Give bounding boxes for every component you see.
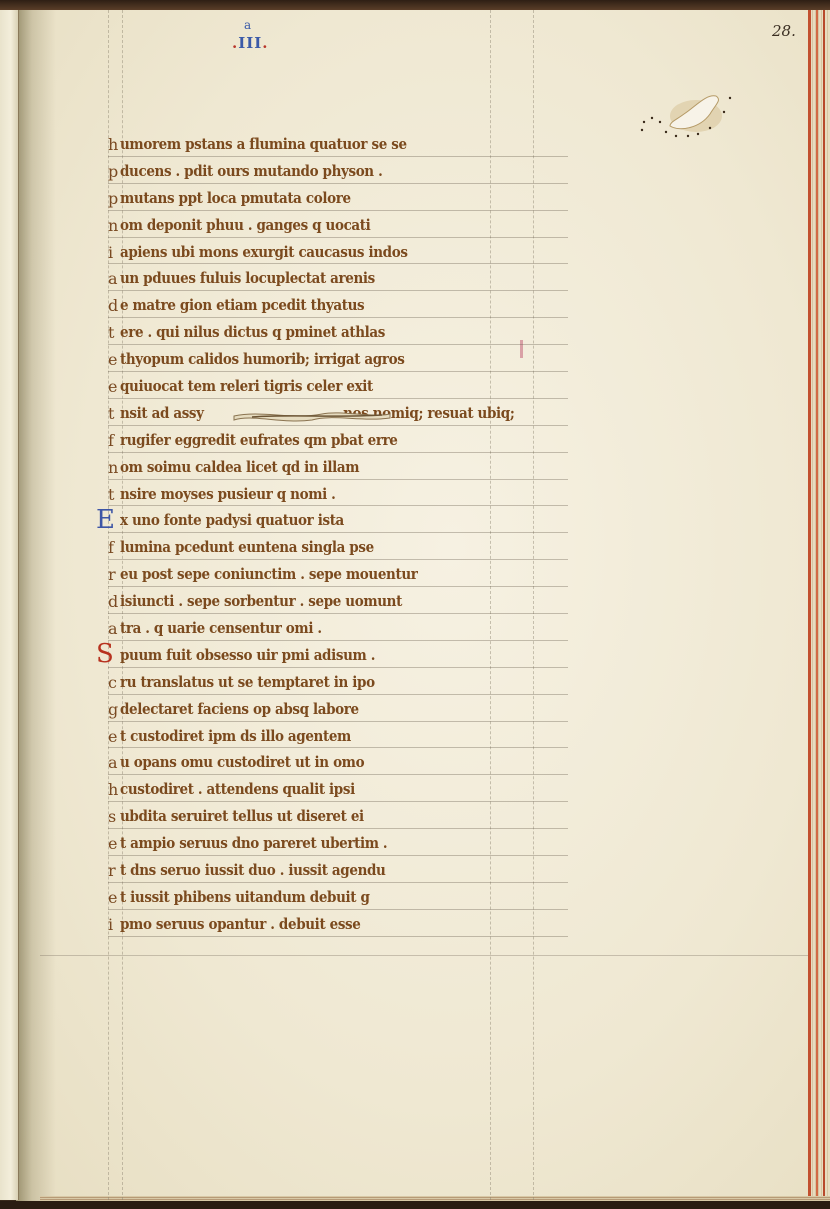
text-line-blue-initial: Ex uno fonte padysi quatuor ista xyxy=(108,508,528,535)
line-text: om soimu caldea licet qd in illam xyxy=(120,459,359,476)
text-line: nom soimu caldea licet qd in illam xyxy=(108,455,528,482)
text-line: ethyopum calidos humorib; irrigat agros xyxy=(108,347,528,374)
text-line: et iussit phibens uitandum debuit g xyxy=(108,885,528,912)
text-column: humorem pstans a flumina quatuor se se p… xyxy=(108,132,528,939)
text-line: humorem pstans a flumina quatuor se se xyxy=(108,132,528,159)
text-line: subdita seruiret tellus ut diseret ei xyxy=(108,804,528,831)
line-text: tra . q uarie censentur omi . xyxy=(120,620,322,637)
text-line: cru translatus ut se temptaret in ipo xyxy=(108,670,528,697)
folio-number: 28. xyxy=(772,22,796,40)
text-line: iapiens ubi mons exurgit caucasus indos xyxy=(108,240,528,267)
line-text: ubdita seruiret tellus ut diseret ei xyxy=(120,808,364,825)
binding-bottom-edge xyxy=(0,1201,830,1209)
red-page-edge xyxy=(816,10,818,1202)
text-line: atra . q uarie censentur omi . xyxy=(108,616,528,643)
text-line: equiuocat tem releri tigris celer exit xyxy=(108,374,528,401)
text-line: et ampio seruus dno pareret ubertim . xyxy=(108,831,528,858)
text-line: ipmo seruus opantur . debuit esse xyxy=(108,912,528,939)
chapter-numeral: .III. xyxy=(232,34,269,52)
text-line: hcustodiret . attendens qualit ipsi xyxy=(108,777,528,804)
line-text: thyopum calidos humorib; irrigat agros xyxy=(120,351,404,368)
parchment-tear xyxy=(232,406,392,424)
text-line: au opans omu custodiret ut in omo xyxy=(108,750,528,777)
line-text: un pduues fuluis locuplectat arenis xyxy=(120,270,375,287)
line-text: puum fuit obsesso uir pmi adisum . xyxy=(120,647,375,664)
ruling-line-horizontal xyxy=(40,955,808,956)
text-line: reu post sepe coniunctim . sepe mouentur xyxy=(108,562,528,589)
line-text: nsire moyses pusieur q nomi . xyxy=(120,486,336,503)
line-text: mutans ppt loca pmutata colore xyxy=(120,190,351,207)
text-line: pducens . pdit ours mutando physon . xyxy=(108,159,528,186)
line-text: rugifer eggredit eufrates qm pbat erre xyxy=(120,432,398,449)
line-text: ru translatus ut se temptaret in ipo xyxy=(120,674,375,691)
line-text: u opans omu custodiret ut in omo xyxy=(120,754,364,771)
line-text: custodiret . attendens qualit ipsi xyxy=(120,781,355,798)
line-text: ducens . pdit ours mutando physon . xyxy=(120,163,382,180)
line-text: e matre gion etiam pcedit thyatus xyxy=(120,297,364,314)
parchment-hole-stain xyxy=(640,92,732,144)
facing-page-edge xyxy=(0,10,19,1200)
line-text: pmo seruus opantur . debuit esse xyxy=(120,916,360,933)
red-initial: S xyxy=(96,639,118,669)
line-text: eu post sepe coniunctim . sepe mouentur xyxy=(120,566,418,583)
red-page-edge xyxy=(808,10,811,1202)
line-text: t custodiret ipm ds illo agentem xyxy=(120,728,351,745)
line-text: t iussit phibens uitandum debuit g xyxy=(120,889,370,906)
ruling-line-vertical xyxy=(533,10,534,1200)
line-text: lumina pcedunt euntena singla pse xyxy=(120,539,374,556)
text-line: nom deponit phuu . ganges q uocati xyxy=(108,213,528,240)
line-text: om deponit phuu . ganges q uocati xyxy=(120,217,370,234)
line-text: delectaret faciens op absq labore xyxy=(120,701,359,718)
line-text: t dns seruo iussit duo . iussit agendu xyxy=(120,862,386,879)
text-line-red-initial: Spuum fuit obsesso uir pmi adisum . xyxy=(108,643,528,670)
text-line: tnsire moyses pusieur q nomi . xyxy=(108,482,528,509)
text-line: aun pduues fuluis locuplectat arenis xyxy=(108,266,528,293)
text-line: pmutans ppt loca pmutata colore xyxy=(108,186,528,213)
red-page-edge xyxy=(823,10,825,1202)
gutter-shadow xyxy=(16,10,56,1202)
chapter-mark-superscript: a xyxy=(244,18,250,32)
text-line: et custodiret ipm ds illo agentem xyxy=(108,724,528,751)
text-line: gdelectaret faciens op absq labore xyxy=(108,697,528,724)
text-line: de matre gion etiam pcedit thyatus xyxy=(108,293,528,320)
line-text: x uno fonte padysi quatuor ista xyxy=(120,512,344,529)
line-text: apiens ubi mons exurgit caucasus indos xyxy=(120,244,408,261)
line-text: ere . qui nilus dictus q pminet athlas xyxy=(120,324,385,341)
page-edges xyxy=(810,10,830,1202)
text-line: flumina pcedunt euntena singla pse xyxy=(108,535,528,562)
text-line: rt dns seruo iussit duo . iussit agendu xyxy=(108,858,528,885)
text-line: tere . qui nilus dictus q pminet athlas xyxy=(108,320,528,347)
line-text: t ampio seruus dno pareret ubertim . xyxy=(120,835,387,852)
line-text: umorem pstans a flumina quatuor se se xyxy=(120,136,407,153)
blue-initial: E xyxy=(96,505,118,535)
text-line: frugifer eggredit eufrates qm pbat erre xyxy=(108,428,528,455)
line-text: isiuncti . sepe sorbentur . sepe uomunt xyxy=(120,593,402,610)
text-line: disiuncti . sepe sorbentur . sepe uomunt xyxy=(108,589,528,616)
line-text: quiuocat tem releri tigris celer exit xyxy=(120,378,373,395)
